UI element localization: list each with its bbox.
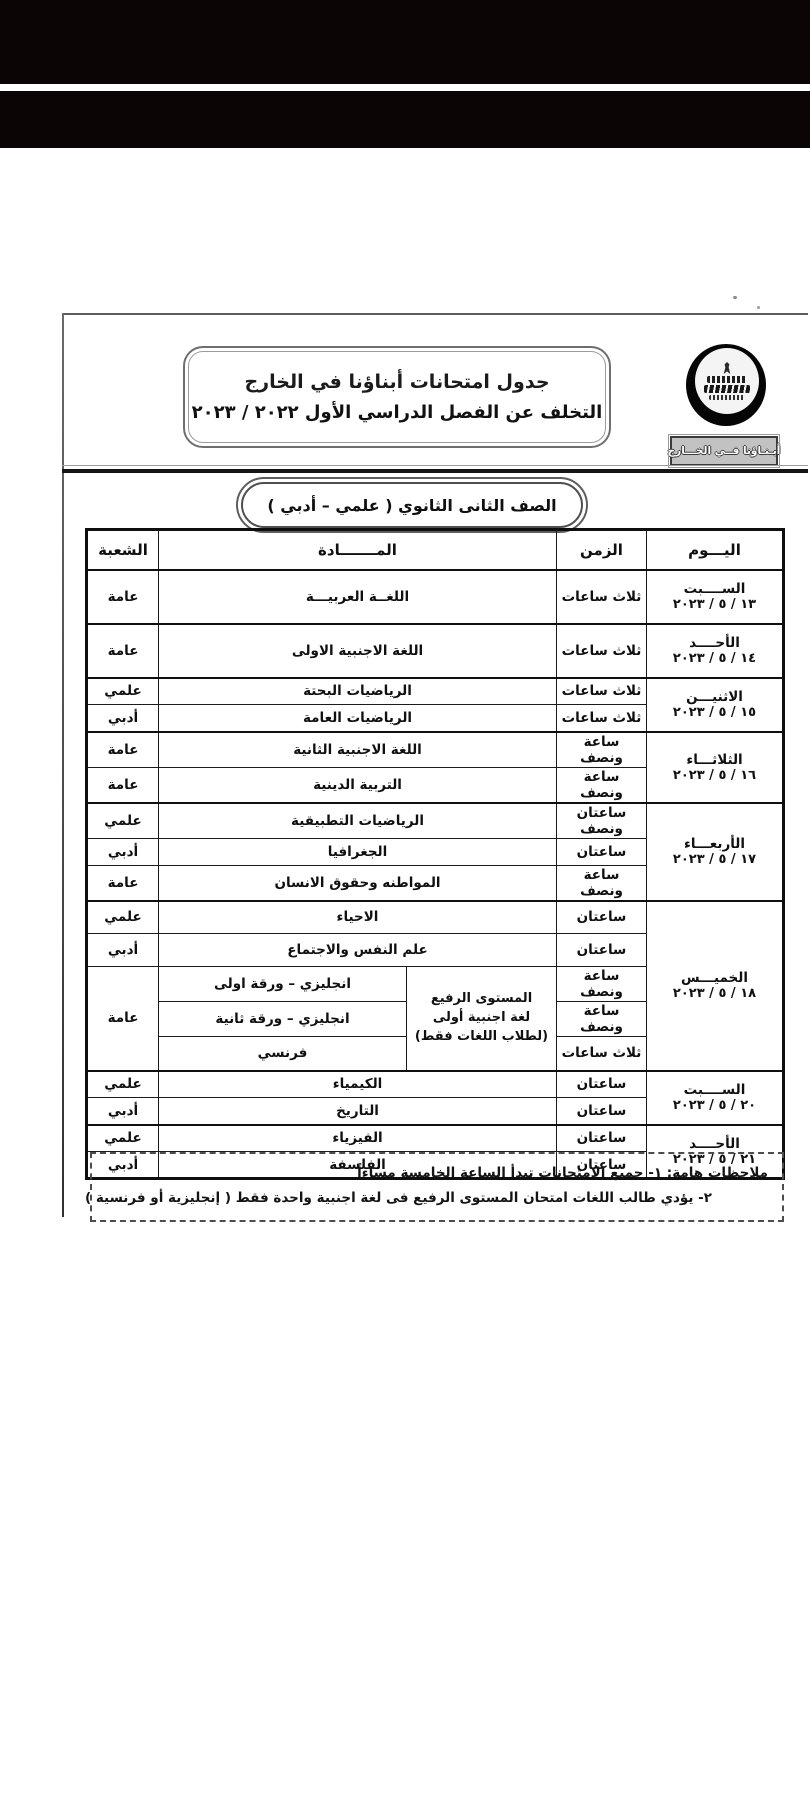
ministry-logo	[686, 344, 766, 426]
subject-cell: الرياضيات التطبيقية	[159, 803, 557, 839]
time-cell: ساعتان	[557, 838, 647, 865]
highlevel-language-line: لغة اجنبية أولى	[410, 1009, 553, 1028]
subject-cell: التربية الدينية	[159, 767, 557, 803]
top-black-bar-1	[0, 0, 810, 84]
col-header-time: الزمن	[557, 530, 647, 570]
language-paper-cell: انجليزي – ورقة ثانية	[159, 1002, 407, 1037]
subject-cell: الجغرافيا	[159, 838, 557, 865]
day-date: ١٥ / ٥ / ٢٠٢٣	[650, 705, 779, 720]
section-cell: علمي	[87, 1071, 159, 1098]
day-date: ١٦ / ٥ / ٢٠٢٣	[650, 768, 779, 783]
time-cell: ثلاث ساعات	[557, 1037, 647, 1071]
day-cell: الســــبت٢٠ / ٥ / ٢٠٢٣	[647, 1071, 784, 1125]
time-cell: ساعة ونصف	[557, 1002, 647, 1037]
subject-cell: اللغة الاجنبية الاولى	[159, 624, 557, 678]
exam-schedule-table: اليـــوم الزمن المـــــــادة الشعبة السـ…	[85, 528, 785, 1180]
scanned-exam-schedule-page: { "header": { "title_line1": "جدول امتحا…	[0, 0, 810, 1800]
time-cell: ساعتان	[557, 934, 647, 967]
grade-banner-inner: الصف الثانى الثانوي ( علمي – أدبي )	[241, 482, 583, 528]
subject-cell: الاحياء	[159, 901, 557, 934]
time-cell: ثلاث ساعات	[557, 624, 647, 678]
section-cell: عامة	[87, 732, 159, 768]
grade-banner-oval: الصف الثانى الثانوي ( علمي – أدبي )	[236, 477, 588, 533]
day-name: الاثنيـــن	[650, 689, 779, 705]
section-cell: أدبي	[87, 934, 159, 967]
time-cell: ساعة ونصف	[557, 865, 647, 901]
schedule-row: الثلاثـــاء١٦ / ٥ / ٢٠٢٣ساعة ونصفاللغة ا…	[87, 732, 784, 768]
section-cell: أدبي	[87, 705, 159, 732]
subject-cell: التاريخ	[159, 1098, 557, 1125]
title-box-inner: جدول امتحانات أبناؤنا في الخارج التخلف ع…	[188, 351, 606, 443]
page-title: جدول امتحانات أبناؤنا في الخارج	[244, 371, 549, 393]
section-cell: أدبي	[87, 838, 159, 865]
note-line-1: ملاحظات هامة: ١- جميع الامتحانات تبدأ ال…	[102, 1161, 768, 1186]
day-date: ٢٠ / ٥ / ٢٠٢٣	[650, 1098, 779, 1113]
schedule-tbody: الســــبت١٣ / ٥ / ٢٠٢٣ثلاث ساعاتاللغــة …	[87, 570, 784, 1179]
time-cell: ساعتان	[557, 1098, 647, 1125]
header-divider-thick	[62, 469, 808, 473]
highlevel-language-line: المستوى الرفيع	[410, 990, 553, 1009]
subject-cell: اللغة الاجنبية الثانية	[159, 732, 557, 768]
schedule-row: الســــبت٢٠ / ٥ / ٢٠٢٣ساعتانالكيمياءعلمي	[87, 1071, 784, 1098]
logo-calligraphy-line	[709, 395, 745, 400]
time-cell: ساعتان	[557, 1071, 647, 1098]
day-cell: الخميـــس١٨ / ٥ / ٢٠٢٣	[647, 901, 784, 1071]
day-date: ١٤ / ٥ / ٢٠٢٣	[650, 651, 779, 666]
note-line-2: ٢- يؤدي طالب اللغات امتحان المستوى الرفي…	[102, 1186, 768, 1211]
logo-caption-box: أبـنـاؤنا فــي الخـــارج	[670, 436, 778, 466]
eagle-emblem-icon	[722, 362, 733, 374]
exam-schedule-table-wrap: اليـــوم الزمن المـــــــادة الشعبة السـ…	[88, 528, 785, 1180]
header-row: اليـــوم الزمن المـــــــادة الشعبة	[87, 530, 784, 570]
header-divider-thin	[62, 465, 808, 466]
day-name: الأربعـــاء	[650, 836, 779, 852]
page-top-border-line	[62, 313, 808, 315]
section-cell: علمي	[87, 901, 159, 934]
notes-box: ملاحظات هامة: ١- جميع الامتحانات تبدأ ال…	[90, 1152, 784, 1222]
day-cell: الأحــــد١٤ / ٥ / ٢٠٢٣	[647, 624, 784, 678]
time-cell: ثلاث ساعات	[557, 570, 647, 624]
schedule-row: الســــبت١٣ / ٥ / ٢٠٢٣ثلاث ساعاتاللغــة …	[87, 570, 784, 624]
col-header-subject: المـــــــادة	[159, 530, 557, 570]
section-cell: علمي	[87, 678, 159, 705]
day-cell: الاثنيـــن١٥ / ٥ / ٢٠٢٣	[647, 678, 784, 732]
schedule-row: الأحــــد١٤ / ٥ / ٢٠٢٣ثلاث ساعاتاللغة ال…	[87, 624, 784, 678]
language-paper-cell: فرنسي	[159, 1037, 407, 1071]
day-name: الأحــــد	[650, 635, 779, 651]
logo-caption: أبـنـاؤنا فــي الخـــارج	[668, 445, 781, 457]
col-header-day: اليـــوم	[647, 530, 784, 570]
day-name: الثلاثـــاء	[650, 752, 779, 768]
schedule-row: الاثنيـــن١٥ / ٥ / ٢٠٢٣ثلاث ساعاتالرياضي…	[87, 678, 784, 705]
schedule-row: الخميـــس١٨ / ٥ / ٢٠٢٣ساعتانالاحياءعلمي	[87, 901, 784, 934]
time-cell: ساعتان	[557, 901, 647, 934]
language-paper-cell: انجليزي – ورقة اولى	[159, 967, 407, 1002]
section-cell: علمي	[87, 1125, 159, 1152]
subject-cell: الفيزياء	[159, 1125, 557, 1152]
day-name: الأحــــد	[650, 1136, 779, 1152]
scan-speckle	[757, 306, 760, 309]
time-cell: ثلاث ساعات	[557, 705, 647, 732]
day-date: ١٣ / ٥ / ٢٠٢٣	[650, 597, 779, 612]
time-cell: ساعة ونصف	[557, 732, 647, 768]
logo-calligraphy-line	[704, 385, 750, 393]
scan-speckle	[733, 296, 737, 299]
section-cell: عامة	[87, 624, 159, 678]
day-cell: الأربعـــاء١٧ / ٥ / ٢٠٢٣	[647, 803, 784, 901]
day-name: الســــبت	[650, 581, 779, 597]
subject-cell: الكيمياء	[159, 1071, 557, 1098]
section-cell: علمي	[87, 803, 159, 839]
subject-cell: المواطنه وحقوق الانسان	[159, 865, 557, 901]
day-date: ١٧ / ٥ / ٢٠٢٣	[650, 852, 779, 867]
time-cell: ساعة ونصف	[557, 767, 647, 803]
time-cell: ساعتان	[557, 1125, 647, 1152]
title-box: جدول امتحانات أبناؤنا في الخارج التخلف ع…	[183, 346, 611, 448]
schedule-row: الأحــــد٢١ / ٥ / ٢٠٢٣ساعتانالفيزياءعلمي	[87, 1125, 784, 1152]
subject-cell: الرياضيات البحتة	[159, 678, 557, 705]
logo-calligraphy-line	[707, 376, 747, 383]
col-header-section: الشعبة	[87, 530, 159, 570]
day-cell: الثلاثـــاء١٦ / ٥ / ٢٠٢٣	[647, 732, 784, 803]
page-subtitle: التخلف عن الفصل الدراسي الأول ٢٠٢٢ / ٢٠٢…	[192, 402, 603, 423]
top-black-bar-2	[0, 91, 810, 148]
grade-banner-text: الصف الثانى الثانوي ( علمي – أدبي )	[267, 496, 556, 515]
section-cell: عامة	[87, 967, 159, 1071]
subject-cell: الرياضيات العامة	[159, 705, 557, 732]
section-cell: عامة	[87, 865, 159, 901]
subject-cell: اللغــة العربيـــة	[159, 570, 557, 624]
time-cell: ساعتان ونصف	[557, 803, 647, 839]
subject-cell: علم النفس والاجتماع	[159, 934, 557, 967]
day-cell: الســــبت١٣ / ٥ / ٢٠٢٣	[647, 570, 784, 624]
highlevel-language-cell: المستوى الرفيعلغة اجنبية أولى(لطلاب اللغ…	[407, 967, 557, 1071]
ministry-logo-emblem	[695, 348, 759, 414]
time-cell: ساعة ونصف	[557, 967, 647, 1002]
page-left-border-line	[62, 313, 64, 1217]
section-cell: عامة	[87, 767, 159, 803]
day-date: ١٨ / ٥ / ٢٠٢٣	[650, 986, 779, 1001]
section-cell: عامة	[87, 570, 159, 624]
highlevel-language-line: (لطلاب اللغات فقط)	[410, 1028, 553, 1047]
day-name: الخميـــس	[650, 970, 779, 986]
section-cell: أدبي	[87, 1098, 159, 1125]
time-cell: ثلاث ساعات	[557, 678, 647, 705]
schedule-row: الأربعـــاء١٧ / ٥ / ٢٠٢٣ساعتان ونصفالريا…	[87, 803, 784, 839]
day-name: الســــبت	[650, 1082, 779, 1098]
